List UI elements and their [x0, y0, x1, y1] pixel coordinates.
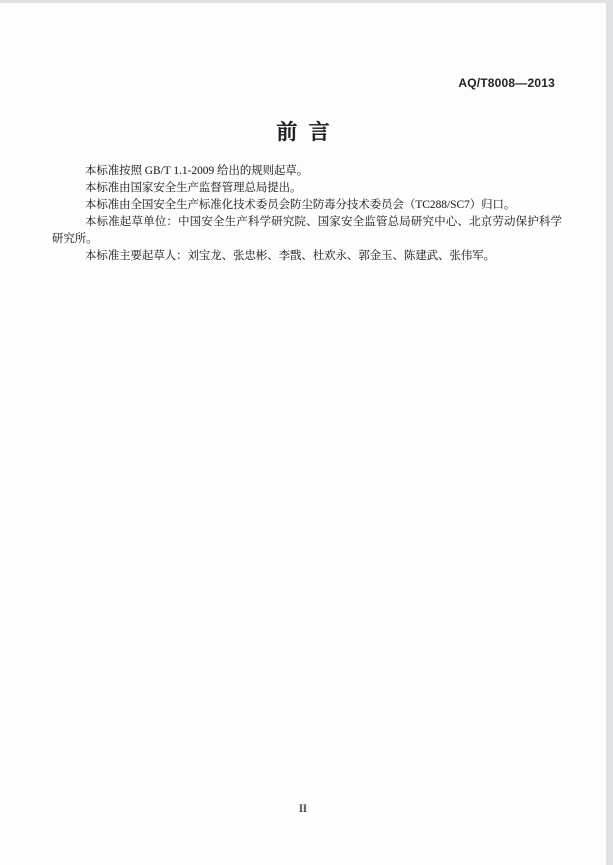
- paragraph-drafting-rule: 本标准按照 GB/T 1.1-2009 给出的规则起草。: [52, 163, 562, 180]
- standard-code: AQ/T8008—2013: [458, 76, 555, 90]
- document-page: AQ/T8008—2013 前 言 本标准按照 GB/T 1.1-2009 给出…: [0, 3, 606, 865]
- page-title: 前 言: [0, 116, 606, 146]
- scan-background: AQ/T8008—2013 前 言 本标准按照 GB/T 1.1-2009 给出…: [0, 0, 613, 865]
- foreword-body: 本标准按照 GB/T 1.1-2009 给出的规则起草。 本标准由国家安全生产监…: [52, 163, 562, 264]
- paragraph-main-drafters: 本标准主要起草人：刘宝龙、张忠彬、李戬、杜欢永、郭金玉、陈建武、张伟军。: [52, 248, 562, 265]
- paragraph-drafting-organizations: 本标准起草单位：中国安全生产科学研究院、国家安全监管总局研究中心、北京劳动保护科…: [52, 214, 562, 248]
- paragraph-centralized-by: 本标准由全国安全生产标准化技术委员会防尘防毒分技术委员会（TC288/SC7）归…: [52, 197, 562, 214]
- page-number: II: [0, 801, 606, 816]
- paragraph-proposed-by: 本标准由国家安全生产监督管理总局提出。: [52, 180, 562, 197]
